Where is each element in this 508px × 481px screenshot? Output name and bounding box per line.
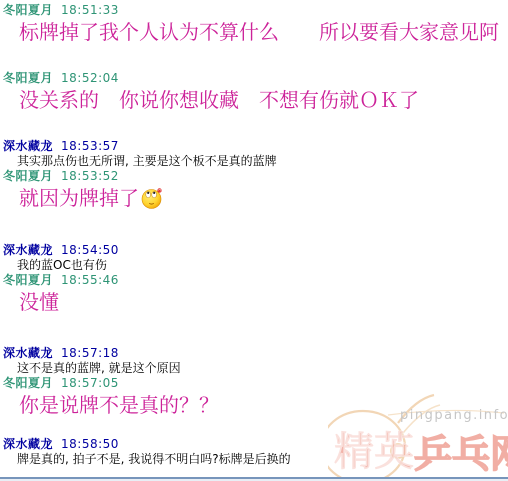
username: 深水藏龙 [3,139,53,153]
timestamp: 18:57:18 [61,346,119,360]
username: 深水藏龙 [3,437,53,451]
bottom-divider [0,477,508,479]
message-text: 没关系的 你说你想收藏 不想有伤就ＯＫ了 [0,88,508,112]
username: 冬阳夏月 [3,169,53,183]
message-header: 深水藏龙18:57:18 [0,346,508,360]
chat-message-group: 深水藏龙18:58:50 牌是真的, 拍子不是, 我说得不明白吗?标牌是后换的 [0,437,508,466]
message-header: 深水藏龙18:58:50 [0,437,508,451]
username: 冬阳夏月 [3,376,53,390]
message-header: 冬阳夏月18:51:33 [0,3,508,17]
username: 冬阳夏月 [3,273,53,287]
message-text: 标牌掉了我个人认为不算什么 所以要看大家意见阿 [0,20,508,44]
chat-message-group: 冬阳夏月18:53:52 就因为牌掉了 [0,169,508,210]
timestamp: 18:53:57 [61,139,119,153]
username: 深水藏龙 [3,346,53,360]
message-header: 深水藏龙18:53:57 [0,139,508,153]
message-text-span: 就因为牌掉了 [19,186,139,210]
chat-message-group: 冬阳夏月18:52:04 没关系的 你说你想收藏 不想有伤就ＯＫ了 [0,71,508,112]
message-header: 冬阳夏月18:55:46 [0,273,508,287]
username: 深水藏龙 [3,243,53,257]
chat-message-group: 深水藏龙18:53:57 其实那点伤也无所谓, 主要是这个板不是真的蓝牌 [0,139,508,168]
timestamp: 18:53:52 [61,169,119,183]
message-text: 就因为牌掉了 [0,186,508,210]
message-text: 我的蓝OC也有伤 [0,258,508,272]
timestamp: 18:51:33 [61,3,119,17]
message-header: 冬阳夏月18:57:05 [0,376,508,390]
timestamp: 18:58:50 [61,437,119,451]
message-text: 牌是真的, 拍子不是, 我说得不明白吗?标牌是后换的 [0,452,508,466]
message-header: 深水藏龙18:54:50 [0,243,508,257]
timestamp: 18:54:50 [61,243,119,257]
chat-message-group: 冬阳夏月18:57:05 你是说牌不是真的？？ [0,376,508,417]
chat-message-group: 冬阳夏月18:51:33 标牌掉了我个人认为不算什么 所以要看大家意见阿 [0,3,508,44]
message-text: 这不是真的蓝牌, 就是这个原因 [0,361,508,375]
timestamp: 18:55:46 [61,273,119,287]
message-text: 没懂 [0,290,508,314]
username: 冬阳夏月 [3,71,53,85]
timestamp: 18:57:05 [61,376,119,390]
message-text: 你是说牌不是真的？？ [0,393,508,417]
chat-message-group: 深水藏龙18:54:50 我的蓝OC也有伤 [0,243,508,272]
chat-message-group: 冬阳夏月18:55:46 没懂 [0,273,508,314]
message-header: 冬阳夏月18:53:52 [0,169,508,183]
thinking-face-emoji [141,187,163,209]
username: 冬阳夏月 [3,3,53,17]
message-text: 其实那点伤也无所谓, 主要是这个板不是真的蓝牌 [0,154,508,168]
message-header: 冬阳夏月18:52:04 [0,71,508,85]
chat-log: 冬阳夏月18:51:33 标牌掉了我个人认为不算什么 所以要看大家意见阿 冬阳夏… [0,3,508,467]
chat-message-group: 深水藏龙18:57:18 这不是真的蓝牌, 就是这个原因 [0,346,508,375]
timestamp: 18:52:04 [61,71,119,85]
